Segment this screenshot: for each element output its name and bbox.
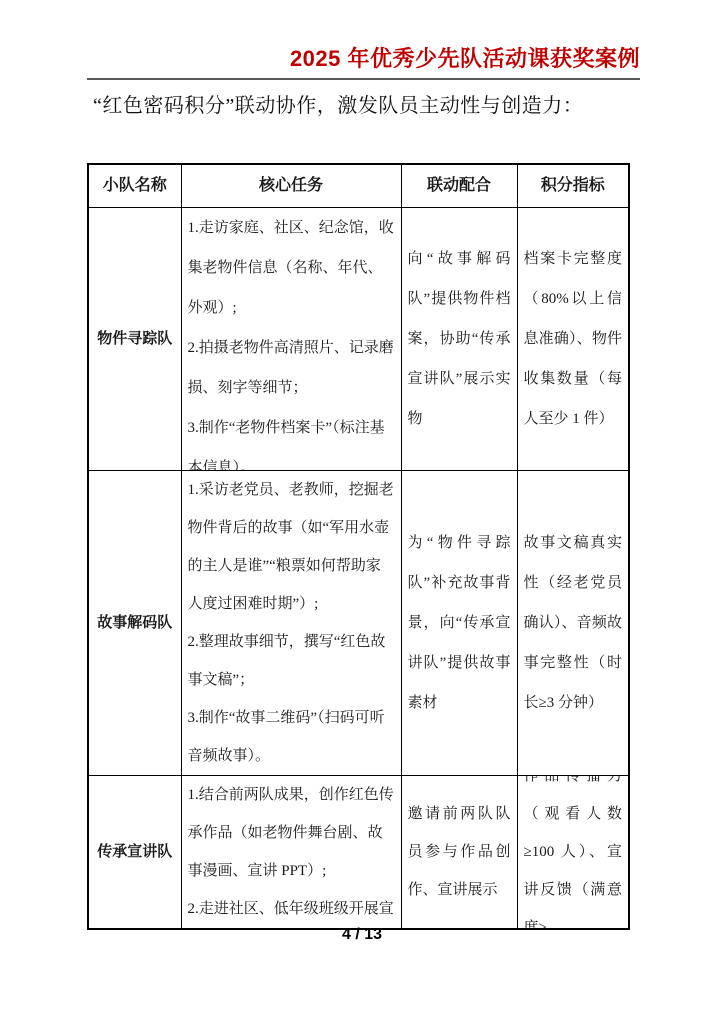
table-row-heritage-preaching-team: 传承宣讲队 1.结合前两队成果，创作红色传承作品（如老物件舞台剧、故事漫画、宣讲… — [88, 776, 629, 930]
indicators-cell: 档案卡完整度（80%以上信息准确）、物件收集数量（每人至少 1 件） — [517, 208, 629, 471]
team-name-cell: 故事解码队 — [88, 471, 181, 776]
coordination-text: 为“物件寻踪队”补充故事背景，向“传承宣讲队”提供故事素材 — [408, 523, 511, 723]
table-row-story-decoding-team: 故事解码队 1.采访老党员、老教师，挖掘老物件背后的故事（如“军用水壶的主人是谁… — [88, 471, 629, 776]
team-name-cell: 物件寻踪队 — [88, 208, 181, 471]
document-title: 2025 年优秀少先队活动课获奖案例 — [87, 44, 640, 80]
team-name: 故事解码队 — [89, 471, 181, 775]
header-cell-team-name: 小队名称 — [88, 164, 181, 208]
document-page: 2025 年优秀少先队活动课获奖案例 “红色密码积分”联动协作，激发队员主动性与… — [0, 0, 724, 1024]
task-item: 1.结合前两队成果，创作红色传承作品（如老物件舞台剧、故事漫画、宣讲 PPT）; — [188, 776, 395, 890]
team-name: 传承宣讲队 — [89, 776, 181, 928]
header-cell-coordination: 联动配合 — [401, 164, 517, 208]
coordination-text: 邀请前两队队员参与作品创作、宣讲展示 — [408, 795, 511, 909]
team-name-cell: 传承宣讲队 — [88, 776, 181, 930]
table-row-object-tracking-team: 物件寻踪队 1.走访家庭、社区、纪念馆，收集老物件信息（名称、年代、外观）; 2… — [88, 208, 629, 471]
coordination-text: 向“故事解码队”提供物件档案，协助“传承宣讲队”展示实物 — [408, 239, 511, 439]
indicators-cell: 作品传播力（观看人数≥100 人）、宣讲反馈（满意度≥ — [517, 776, 629, 930]
task-item: 1.走访家庭、社区、纪念馆，收集老物件信息（名称、年代、外观）; — [188, 208, 395, 328]
task-item: 2.走进社区、低年级班级开展宣 — [188, 890, 395, 928]
header-label: 小队名称 — [89, 165, 181, 207]
indicators-cell: 故事文稿真实性（经老党员确认）、音频故事完整性（时长≥3 分钟） — [517, 471, 629, 776]
indicators-text: 作品传播力（观看人数≥100 人）、宣讲反馈（满意度≥ — [524, 776, 623, 928]
task-item: 3.制作“故事二维码”（扫码可听音频故事）。 — [188, 699, 395, 775]
tasks-list: 1.结合前两队成果，创作红色传承作品（如老物件舞台剧、故事漫画、宣讲 PPT）;… — [182, 776, 401, 928]
table-header-row: 小队名称 核心任务 联动配合 积分指标 — [88, 164, 629, 208]
header-label: 核心任务 — [182, 165, 401, 207]
document-subtitle: “红色密码积分”联动协作，激发队员主动性与创造力： — [87, 93, 640, 120]
coordination-cell: 邀请前两队队员参与作品创作、宣讲展示 — [401, 776, 517, 930]
task-item: 2.整理故事细节，撰写“红色故事文稿”； — [188, 623, 395, 699]
header-label: 积分指标 — [518, 165, 629, 207]
coordination-cell: 为“物件寻踪队”补充故事背景，向“传承宣讲队”提供故事素材 — [401, 471, 517, 776]
tasks-cell: 1.结合前两队成果，创作红色传承作品（如老物件舞台剧、故事漫画、宣讲 PPT）;… — [181, 776, 401, 930]
header-cell-core-tasks: 核心任务 — [181, 164, 401, 208]
indicators-text: 故事文稿真实性（经老党员确认）、音频故事完整性（时长≥3 分钟） — [524, 523, 623, 723]
header-block: 2025 年优秀少先队活动课获奖案例 “红色密码积分”联动协作，激发队员主动性与… — [87, 44, 640, 120]
header-cell-indicators: 积分指标 — [517, 164, 629, 208]
page-number: 4 / 13 — [0, 926, 724, 944]
team-name: 物件寻踪队 — [89, 208, 181, 470]
coordination-cell: 向“故事解码队”提供物件档案，协助“传承宣讲队”展示实物 — [401, 208, 517, 471]
task-item: 2.拍摄老物件高清照片、记录磨损、刻字等细节； — [188, 328, 395, 408]
task-item: 3.制作“老物件档案卡”（标注基本信息）。 — [188, 408, 395, 470]
header-label: 联动配合 — [402, 165, 517, 207]
tasks-list: 1.走访家庭、社区、纪念馆，收集老物件信息（名称、年代、外观）; 2.拍摄老物件… — [182, 208, 401, 470]
task-item: 1.采访老党员、老教师，挖掘老物件背后的故事（如“军用水壶的主人是谁”“粮票如何… — [188, 471, 395, 623]
tasks-list: 1.采访老党员、老教师，挖掘老物件背后的故事（如“军用水壶的主人是谁”“粮票如何… — [182, 471, 401, 775]
teams-table: 小队名称 核心任务 联动配合 积分指标 物件寻踪队 1.走访家庭、社区、纪念馆，… — [87, 163, 630, 930]
tasks-cell: 1.采访老党员、老教师，挖掘老物件背后的故事（如“军用水壶的主人是谁”“粮票如何… — [181, 471, 401, 776]
indicators-text: 档案卡完整度（80%以上信息准确）、物件收集数量（每人至少 1 件） — [524, 239, 623, 439]
tasks-cell: 1.走访家庭、社区、纪念馆，收集老物件信息（名称、年代、外观）; 2.拍摄老物件… — [181, 208, 401, 471]
